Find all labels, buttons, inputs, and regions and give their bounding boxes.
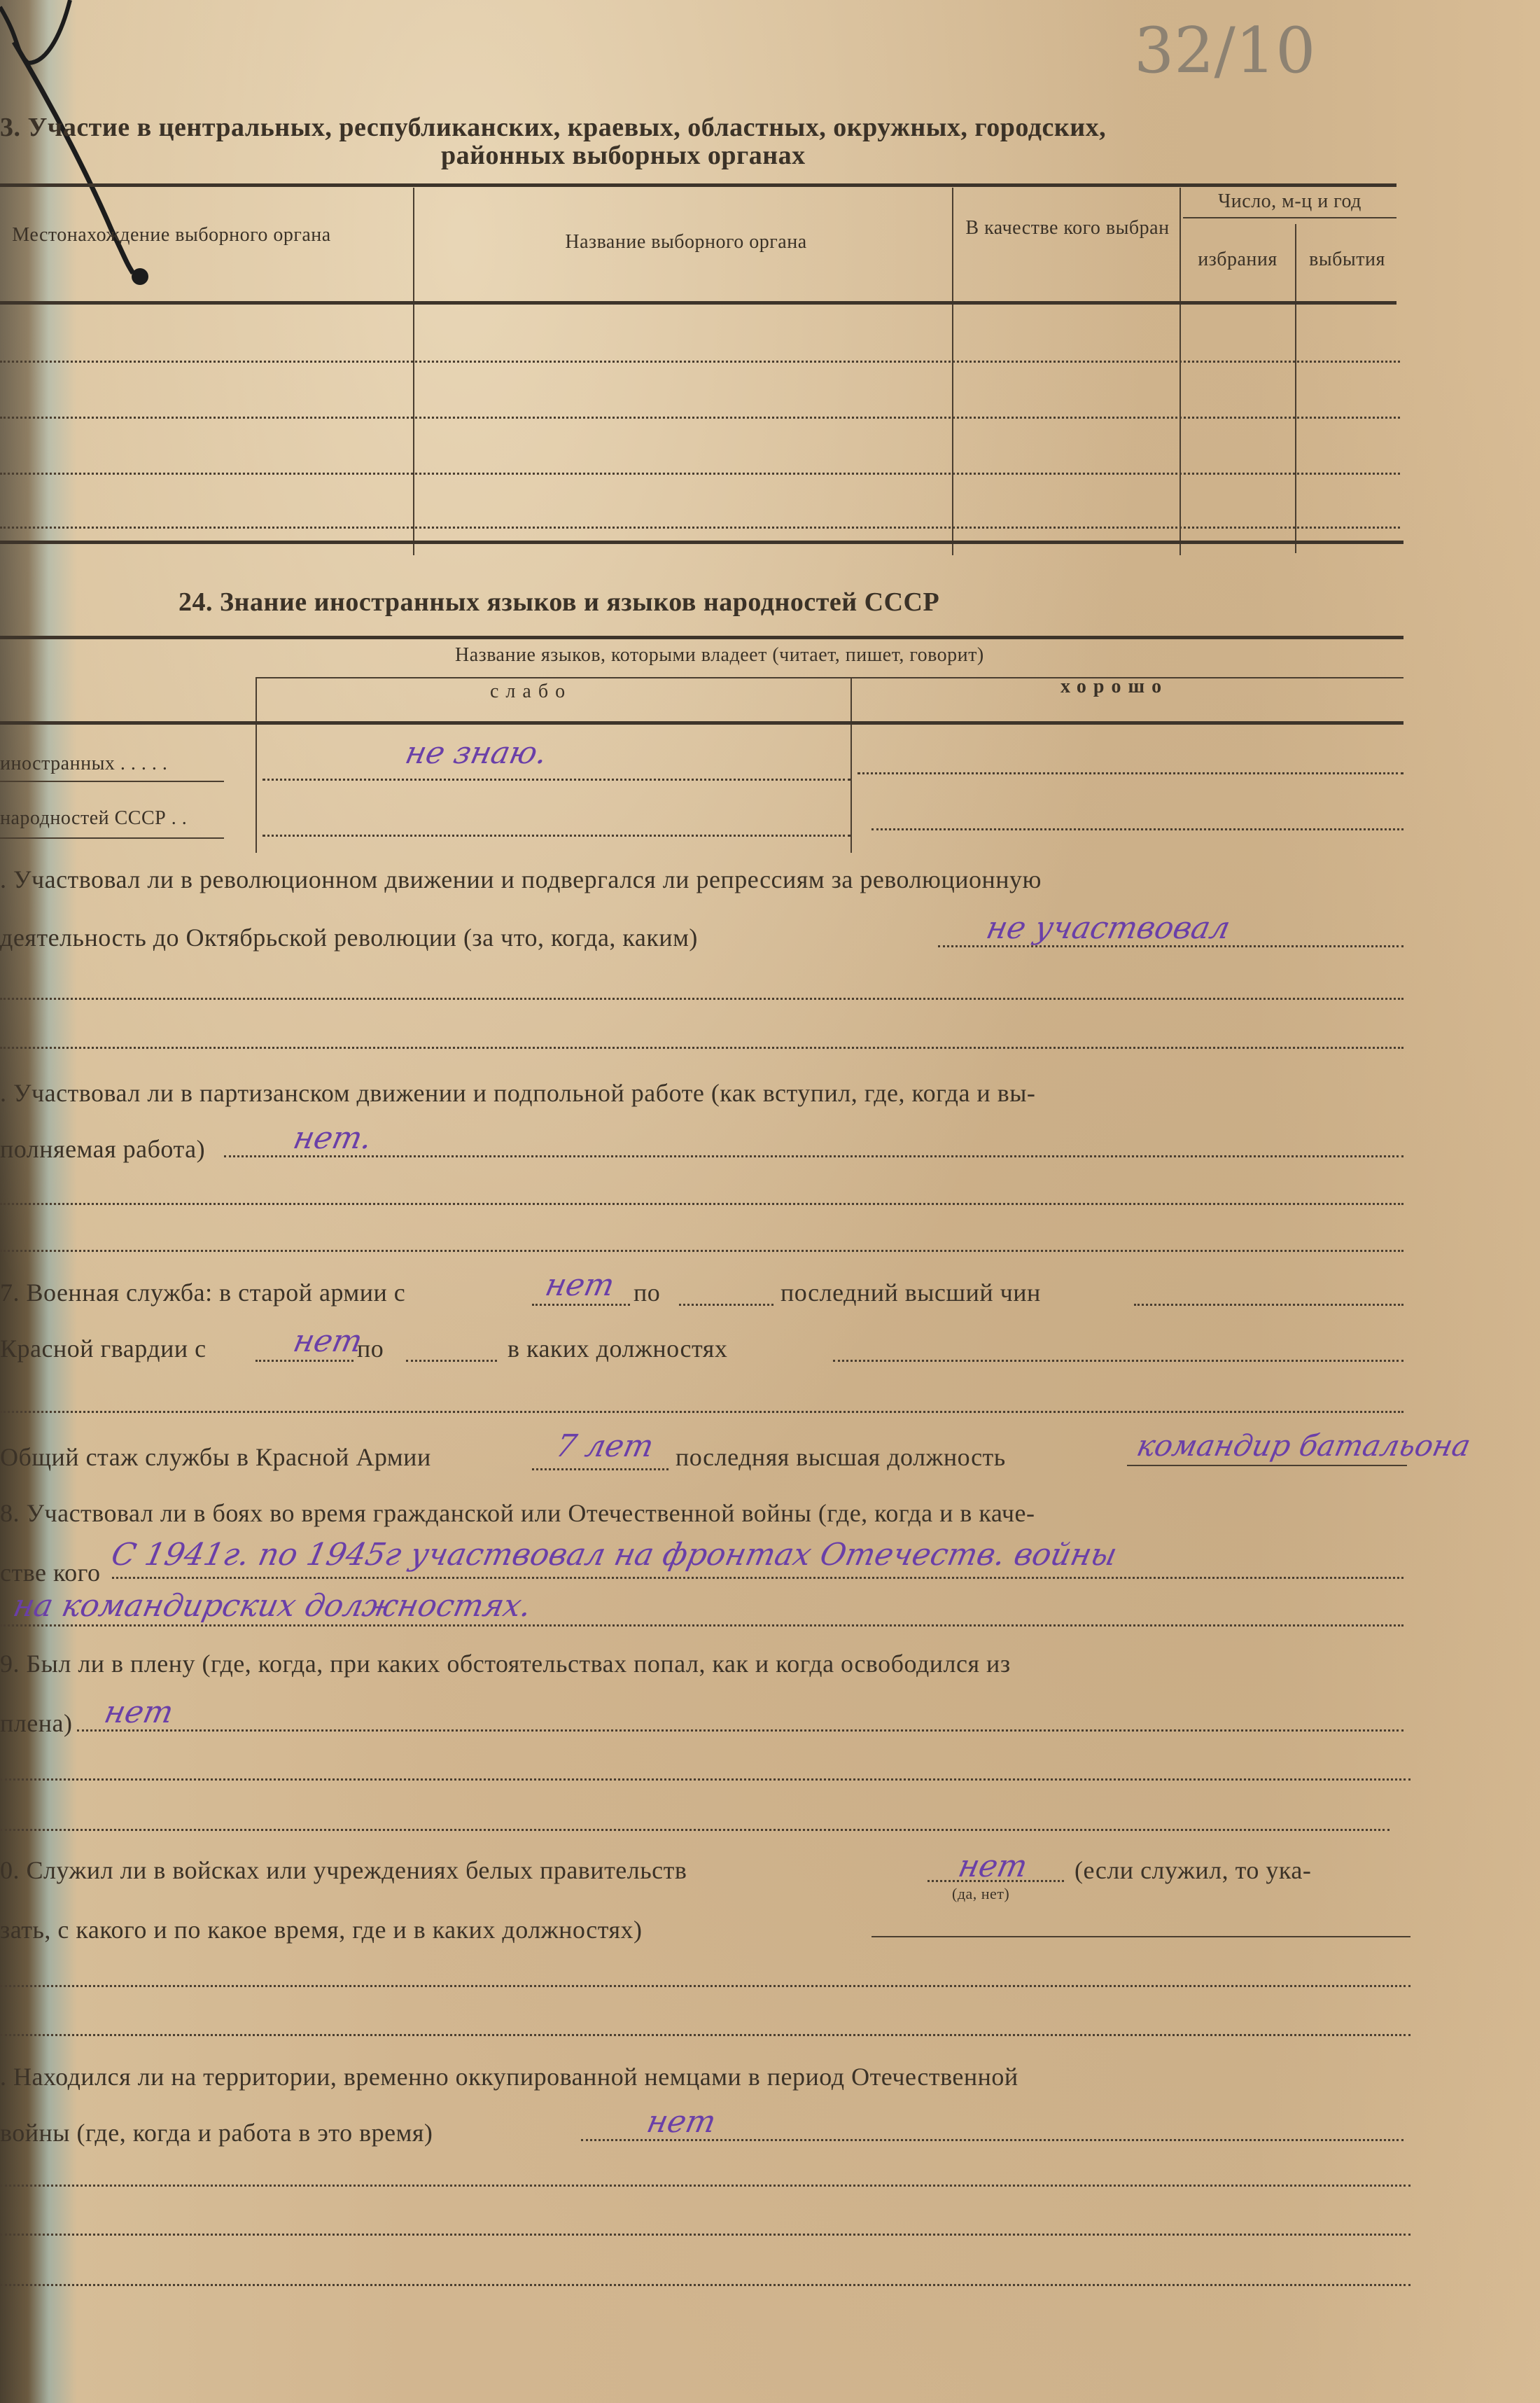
section-23-title: 3. Участие в центральных, республикански… [0,112,1106,143]
col-divider [952,188,953,555]
yes-no-hint: (да, нет) [952,1885,1009,1903]
answer-line[interactable] [581,2139,1403,2141]
old-army-to-line[interactable] [679,1304,773,1306]
row-rule [0,837,224,839]
archival-form-page: 32/10 3. Участие в центральных, республи… [0,0,1540,2403]
answer-line[interactable] [0,2185,1410,2187]
answer-line[interactable] [871,1936,1410,1937]
table-row-line[interactable] [0,417,1400,419]
lang-table-header: Название языков, которыми владеет (читае… [455,644,984,667]
last-position-line[interactable] [1127,1465,1407,1466]
to-label: по [633,1278,660,1307]
table-bottom-rule [0,541,1403,544]
last-rank-label: последний высший чин [780,1278,1041,1307]
positions-label: в каких должностях [507,1334,727,1363]
section-28-answer-line1[interactable]: С 1941г. по 1945г участвовал на фронтах … [108,1537,1121,1573]
col-header-elected: избрания [1182,249,1294,271]
col-header-name: Название выборного органа [420,231,952,253]
section-27-red-guard-answer[interactable]: нет [290,1323,366,1359]
red-guard-from-line[interactable] [255,1360,353,1362]
row-rule [0,781,224,782]
red-army-service-answer[interactable]: 7 лет [553,1428,657,1464]
section-29-question-line2: плена) [0,1708,72,1738]
answer-line[interactable] [0,1778,1410,1781]
table-header-rule [0,301,1396,305]
answer-line-foreign-good[interactable] [857,772,1403,774]
table-row-line[interactable] [0,527,1400,529]
answer-line-ussr-good[interactable] [871,828,1403,830]
answer-line[interactable] [224,1155,1403,1157]
answer-line[interactable] [0,2284,1410,2286]
section-29-answer[interactable]: нет [101,1694,177,1730]
answer-line[interactable] [0,2034,1410,2036]
section-26-question: . Участвовал ли в партизанском движении … [0,1078,1035,1108]
col-divider [413,188,414,555]
lang-table-top-rule [0,636,1403,639]
answer-line[interactable] [77,1729,1403,1732]
section-25-answer[interactable]: не участвовал [983,910,1233,946]
section-25-question: . Участвовал ли в революционном движении… [0,865,1042,894]
answer-foreign-weak[interactable]: не знаю. [402,735,551,771]
row-label-foreign: иностранных . . . . . [0,753,167,775]
section-31-question: . Находился ли на территории, временно о… [0,2062,1018,2091]
table-row-line[interactable] [0,361,1400,363]
answer-line[interactable] [0,998,1403,1000]
answer-line[interactable] [938,945,1403,947]
lang-header-rule [255,677,1403,678]
section-27-old-army-answer[interactable]: нет [542,1267,618,1303]
section-31-question-line2: войны (где, когда и работа в это время) [0,2118,433,2147]
answer-line-ussr-weak[interactable] [262,835,850,837]
section-27-red-guard-label: Красной гвардии с [0,1334,206,1363]
page-number-marking: 32/10 [1134,14,1315,88]
section-28-question: 8. Участвовал ли в боях во время граждан… [0,1498,1035,1528]
red-army-service-label: Общий стаж службы в Красной Армии [0,1442,431,1472]
section-26-question-line2: полняемая работа) [0,1134,205,1164]
lang-table-header-rule [0,721,1403,725]
row-label-ussr: народностей СССР . . [0,807,187,830]
col-divider [1179,188,1181,555]
answer-line[interactable] [0,1624,1403,1627]
answer-line[interactable] [0,1985,1410,1987]
section-25-question-line2: деятельность до Октябрьской революции (з… [0,923,698,952]
col-header-good: хорошо [1060,676,1168,698]
old-army-from-line[interactable] [532,1304,630,1306]
section-30-question-cont: (если служил, то ука- [1074,1855,1311,1885]
section-27-old-army-label: 7. Военная служба: в старой армии с [0,1278,405,1307]
last-position-label: последняя высшая должность [675,1442,1006,1472]
col-divider [1295,224,1296,553]
col-divider [850,678,852,853]
col-divider [255,678,257,853]
answer-line[interactable] [0,1250,1403,1252]
table-row-line[interactable] [0,473,1400,475]
section-28-question-line2: стве кого [0,1558,101,1587]
answer-line[interactable] [0,1411,1403,1413]
section-23-title-line2: районных выборных органах [441,140,806,171]
red-guard-to-line[interactable] [406,1360,497,1362]
table-top-rule [0,183,1396,187]
section-28-answer-line2[interactable]: на командирских должностях. [10,1588,535,1624]
col-header-elected-as: В качестве кого выбран [955,217,1179,239]
binding-thread-icon [0,0,294,294]
section-29-question: 9. Был ли в плену (где, когда, при каких… [0,1649,1011,1678]
answer-line[interactable] [0,2234,1410,2236]
last-position-answer[interactable]: командир батальона [1134,1428,1473,1463]
answer-line-foreign-weak[interactable] [262,779,850,781]
to-label: по [357,1334,384,1363]
section-24-title: 24. Знание иностранных языков и языков н… [178,587,939,618]
service-length-line[interactable] [532,1468,668,1470]
col-header-location: Местонахождение выборного органа [7,224,336,246]
section-31-answer[interactable]: нет [644,2104,720,2140]
section-30-question-line2: зать, с какого и по какое время, где и в… [0,1915,643,1944]
white-service-line[interactable] [927,1880,1064,1882]
section-26-answer[interactable]: нет. [290,1120,376,1156]
section-30-answer[interactable]: нет [955,1848,1031,1884]
answer-line[interactable] [0,1829,1389,1831]
positions-line[interactable] [833,1360,1403,1362]
col-header-date-group: Число, м-ц и год [1183,190,1396,213]
section-30-question: 0. Служил ли в войсках или учреждениях б… [0,1855,687,1885]
col-header-weak: слабо [490,681,572,703]
col-header-left: выбытия [1296,249,1398,271]
answer-line[interactable] [0,1203,1403,1205]
date-group-rule [1183,217,1396,218]
answer-line[interactable] [112,1577,1403,1579]
last-rank-line[interactable] [1134,1304,1403,1306]
answer-line[interactable] [0,1047,1403,1049]
